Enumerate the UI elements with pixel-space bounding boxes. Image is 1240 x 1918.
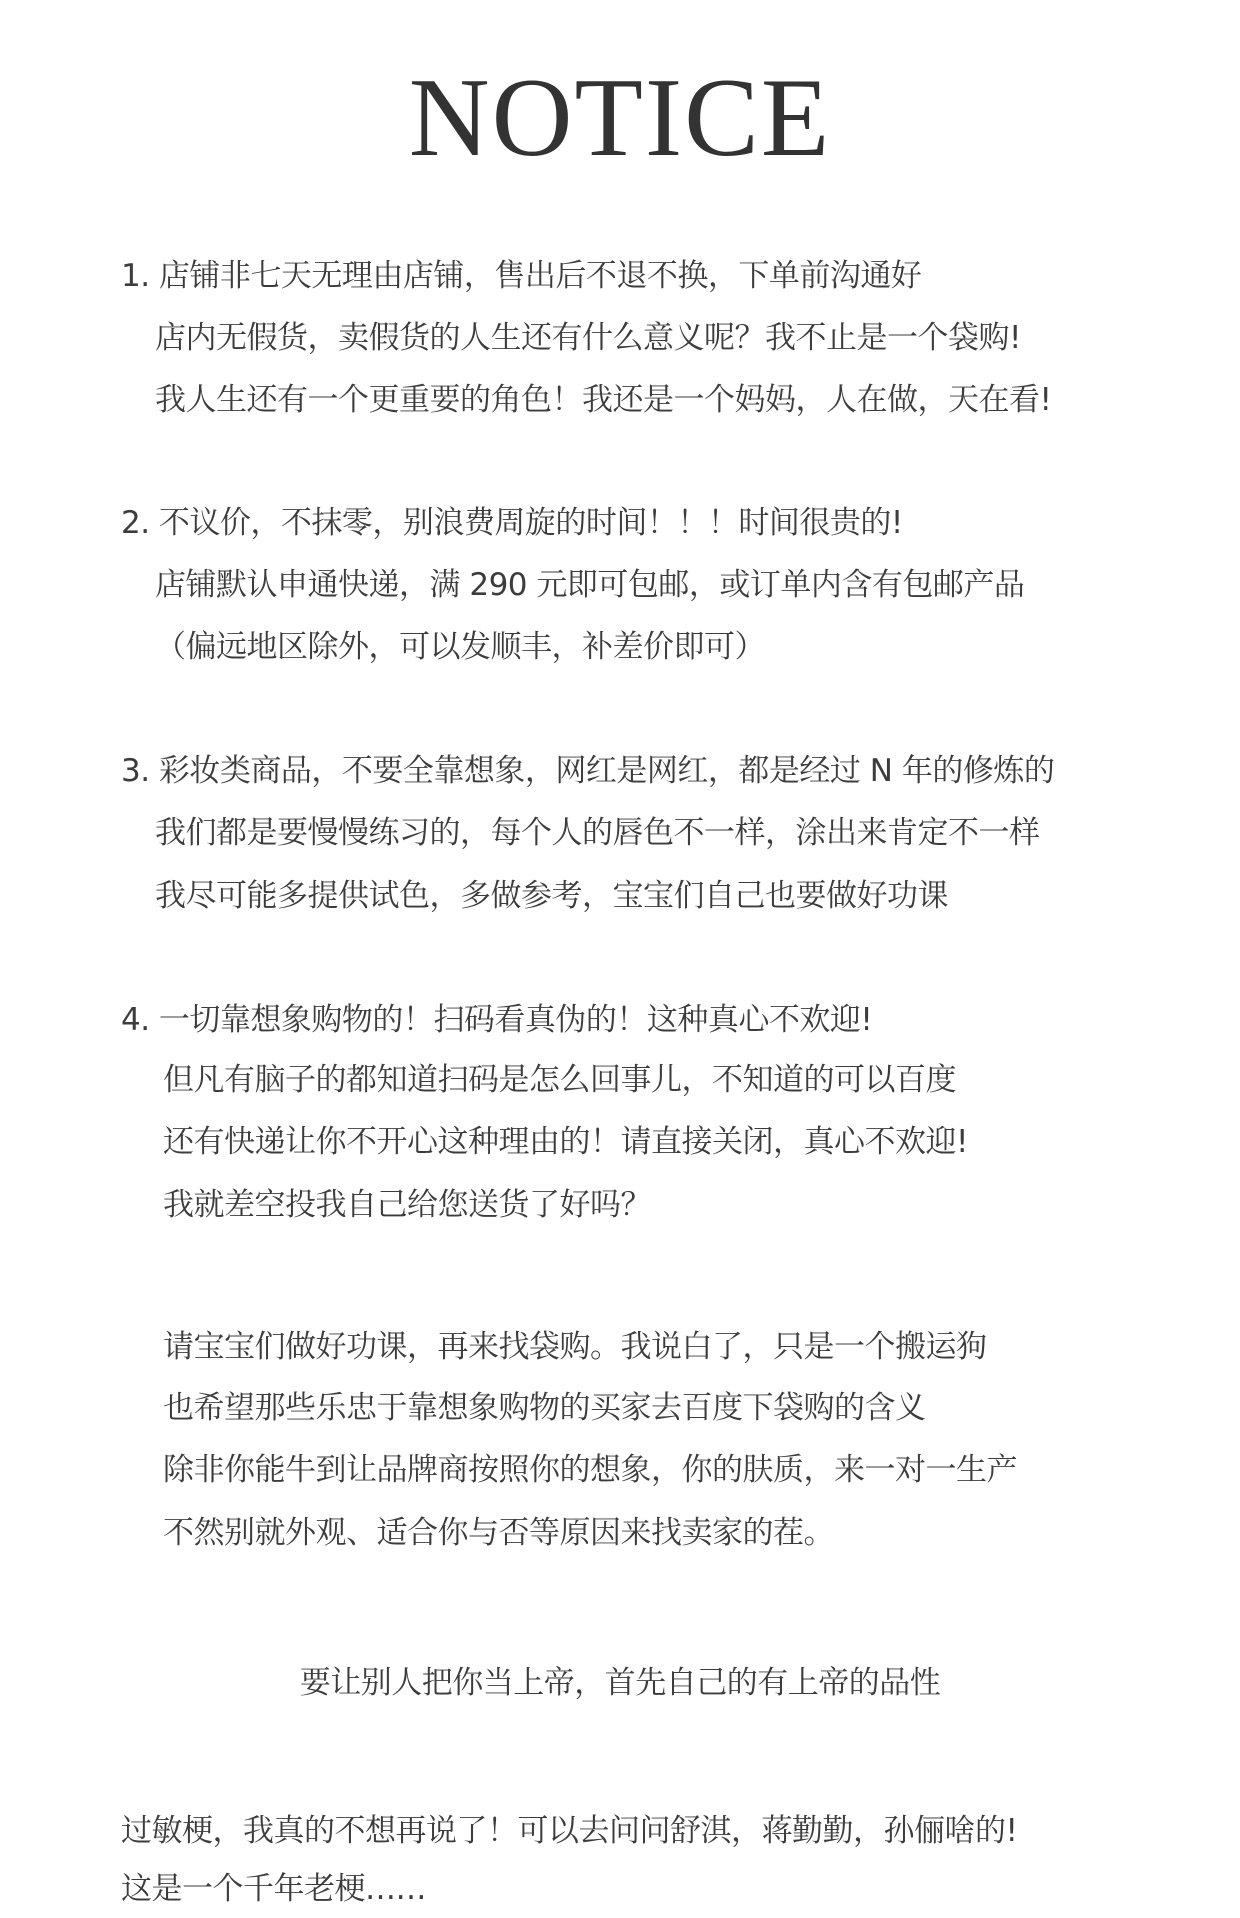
- section-3-line-2: 我们都是要慢慢练习的，每个人的唇色不一样，涂出来肯定不一样: [155, 813, 1040, 853]
- section-1-line-3: 我人生还有一个更重要的角色！我还是一个妈妈，人在做，天在看!: [155, 380, 1051, 420]
- section-1-line-2: 店内无假货，卖假货的人生还有什么意义呢？我不止是一个袋购!: [155, 318, 1021, 358]
- section-3-line-3: 我尽可能多提供试色，多做参考，宝宝们自己也要做好功课: [155, 876, 948, 916]
- paragraph-line-3: 除非你能牛到让品牌商按照你的想象，你的肤质，来一对一生产: [163, 1450, 1017, 1490]
- paragraph-line-4: 不然别就外观、适合你与否等原因来找卖家的茬。: [163, 1513, 834, 1553]
- motto: 要让别人把你当上帝，首先自己的有上帝的品性: [0, 1663, 1240, 1703]
- section-1-line-1: 1. 店铺非七天无理由店铺，售出后不退不换，下单前沟通好: [121, 256, 921, 296]
- footer-line-1: 过敏梗，我真的不想再说了！可以去问问舒淇，蒋勤勤，孙俪啥的!: [121, 1811, 1017, 1851]
- section-4-line-1: 4. 一切靠想象购物的！扫码看真伪的！这种真心不欢迎!: [121, 1000, 872, 1040]
- section-4-line-4: 我就差空投我自己给您送货了好吗？: [163, 1185, 651, 1225]
- section-4-line-3: 还有快递让你不开心这种理由的！请直接关闭，真心不欢迎!: [163, 1122, 968, 1162]
- section-4-line-2: 但凡有脑子的都知道扫码是怎么回事儿，不知道的可以百度: [163, 1060, 956, 1100]
- section-3-line-1: 3. 彩妆类商品，不要全靠想象，网红是网红，都是经过 N 年的修炼的: [121, 751, 1054, 791]
- section-2-line-3: （偏远地区除外，可以发顺丰，补差价即可）: [155, 627, 765, 667]
- footer-line-2: 这是一个千年老梗……: [121, 1869, 426, 1909]
- paragraph-line-1: 请宝宝们做好功课，再来找袋购。我说白了，只是一个搬运狗: [163, 1327, 987, 1367]
- section-2-line-2: 店铺默认申通快递，满 290 元即可包邮，或订单内含有包邮产品: [155, 565, 1024, 605]
- section-2-line-1: 2. 不议价，不抹零，别浪费周旋的时间！！！时间很贵的!: [121, 503, 903, 543]
- paragraph-line-2: 也希望那些乐忠于靠想象购物的买家去百度下袋购的含义: [163, 1388, 926, 1428]
- page-title: NOTICE: [0, 62, 1240, 174]
